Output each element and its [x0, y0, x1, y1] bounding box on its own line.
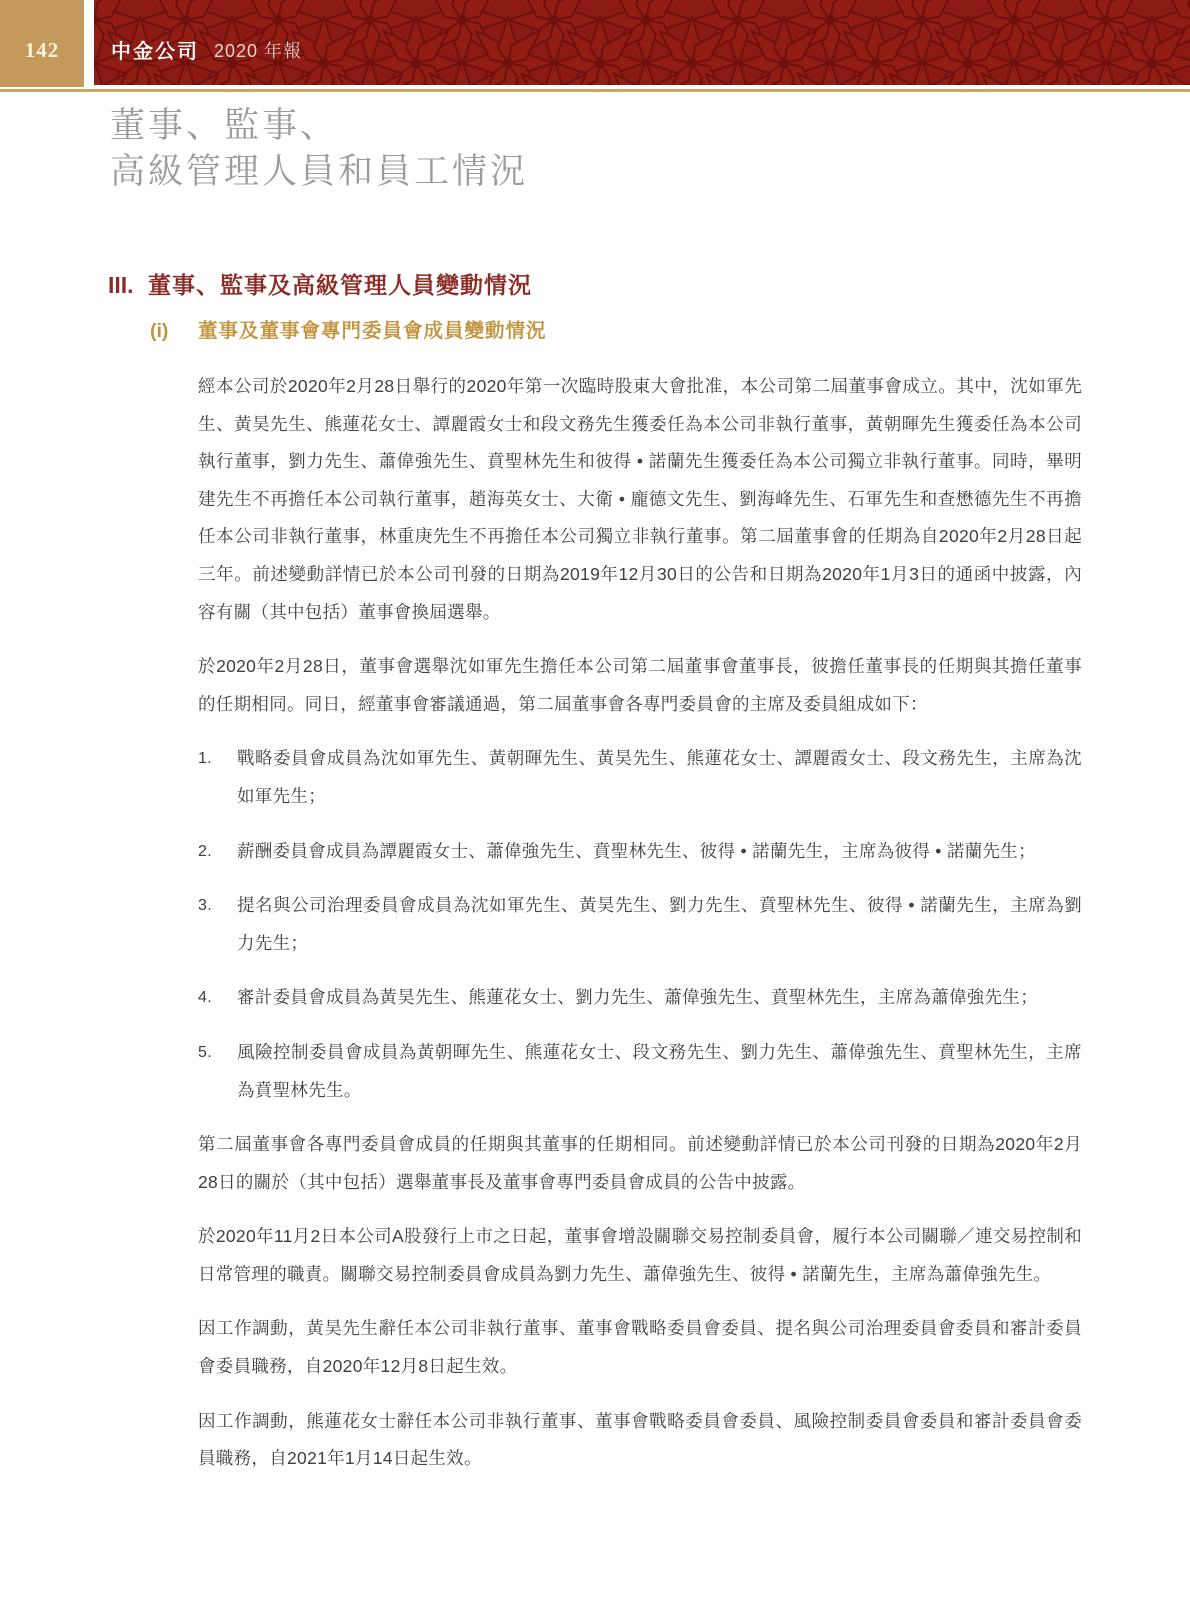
list-item: 2. 薪酬委員會成員為譚麗霞女士、蕭偉強先生、賁聖林先生、彼得 • 諾蘭先生，主… [198, 833, 1082, 871]
banner-text: 中金公司 2020 年報 [94, 0, 1190, 85]
gold-divider [0, 89, 1190, 92]
header-banner: 中金公司 2020 年報 [94, 0, 1190, 85]
list-item: 4. 審計委員會成員為黃昊先生、熊蓮花女士、劉力先生、蕭偉強先生、賁聖林先生，主… [198, 979, 1082, 1017]
list-item-number: 5. [198, 1034, 237, 1109]
section-number: III. [108, 270, 148, 300]
list-item-number: 2. [198, 833, 237, 871]
list-item-number: 1. [198, 740, 237, 815]
page-number-block: 142 [0, 0, 84, 87]
list-item-text: 審計委員會成員為黃昊先生、熊蓮花女士、劉力先生、蕭偉強先生、賁聖林先生，主席為蕭… [237, 979, 1082, 1017]
paragraph: 於2020年2月28日，董事會選舉沈如軍先生擔任本公司第二屆董事會董事長，彼擔任… [198, 648, 1082, 723]
list-item: 1. 戰略委員會成員為沈如軍先生、黃朝暉先生、黃昊先生、熊蓮花女士、譚麗霞女士、… [198, 740, 1082, 815]
list-item-text: 戰略委員會成員為沈如軍先生、黃朝暉先生、黃昊先生、熊蓮花女士、譚麗霞女士、段文務… [237, 740, 1082, 815]
body-column: 經本公司於2020年2月28日舉行的2020年第一次臨時股東大會批准，本公司第二… [198, 368, 1082, 1478]
paragraph: 因工作調動，熊蓮花女士辭任本公司非執行董事、董事會戰略委員會委員、風險控制委員會… [198, 1403, 1082, 1478]
page-title: 董事、監事、 高級管理人員和員工情況 [110, 103, 528, 195]
list-item-number: 3. [198, 887, 237, 962]
paragraph: 第二屆董事會各專門委員會成員的任期與其董事的任期相同。前述變動詳情已於本公司刊發… [198, 1126, 1082, 1201]
document-page: 142 中金公司 [0, 0, 1190, 1615]
committee-list: 1. 戰略委員會成員為沈如軍先生、黃朝暉先生、黃昊先生、熊蓮花女士、譚麗霞女士、… [198, 740, 1082, 1109]
section-heading: III. 董事、監事及高級管理人員變動情況 [108, 270, 1190, 300]
paragraph: 於2020年11月2日本公司A股發行上市之日起，董事會增設關聯交易控制委員會，履… [198, 1218, 1082, 1293]
list-item: 3. 提名與公司治理委員會成員為沈如軍先生、黃昊先生、劉力先生、賁聖林先生、彼得… [198, 887, 1082, 962]
list-item-number: 4. [198, 979, 237, 1017]
list-item: 5. 風險控制委員會成員為黃朝暉先生、熊蓮花女士、段文務先生、劉力先生、蕭偉強先… [198, 1034, 1082, 1109]
section-title: 董事、監事及高級管理人員變動情況 [148, 270, 532, 300]
list-item-text: 風險控制委員會成員為黃朝暉先生、熊蓮花女士、段文務先生、劉力先生、蕭偉強先生、賁… [237, 1034, 1082, 1109]
list-item-text: 提名與公司治理委員會成員為沈如軍先生、黃昊先生、劉力先生、賁聖林先生、彼得 • … [237, 887, 1082, 962]
page-title-line2: 高級管理人員和員工情況 [110, 149, 528, 195]
report-year: 2020 年報 [214, 37, 302, 63]
list-item-text: 薪酬委員會成員為譚麗霞女士、蕭偉強先生、賁聖林先生、彼得 • 諾蘭先生，主席為彼… [237, 833, 1082, 871]
main-content: III. 董事、監事及高級管理人員變動情況 (i) 董事及董事會專門委員會成員變… [0, 270, 1190, 1495]
page-title-line1: 董事、監事、 [110, 103, 528, 149]
paragraph: 因工作調動，黃昊先生辭任本公司非執行董事、董事會戰略委員會委員、提名與公司治理委… [198, 1310, 1082, 1385]
subsection-title: 董事及董事會專門委員會成員變動情況 [198, 317, 547, 345]
subsection-heading: (i) 董事及董事會專門委員會成員變動情況 [150, 317, 1190, 345]
paragraph: 經本公司於2020年2月28日舉行的2020年第一次臨時股東大會批准，本公司第二… [198, 368, 1082, 631]
subsection-number: (i) [150, 317, 198, 345]
company-name: 中金公司 [111, 35, 199, 64]
page-number: 142 [25, 24, 60, 63]
